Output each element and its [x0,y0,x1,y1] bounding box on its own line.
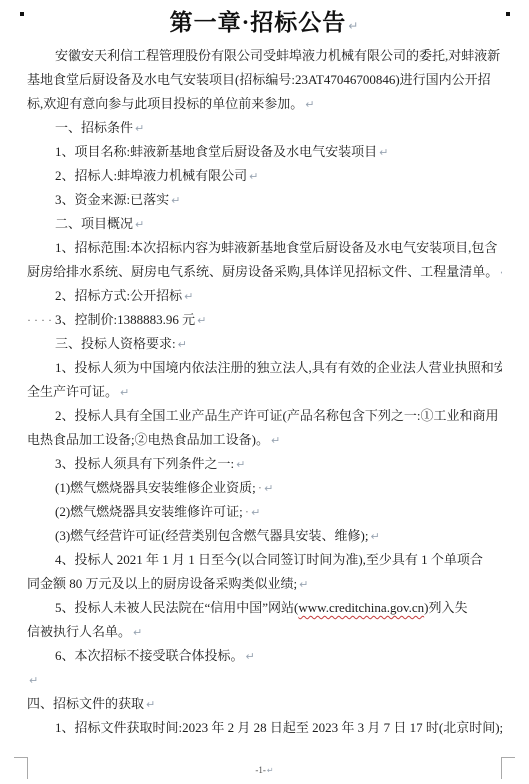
top-right-margin-mark [506,12,510,16]
doc-line: 厨房给排水系统、厨房电气系统、厨房设备采购,具体详见招标文件、工程量清单。↵ [27,260,502,284]
doc-line: 1、招标文件获取时间:2023 年 2 月 28 日起至 2023 年 3 月 … [27,716,502,740]
doc-line: 5、投标人未被人民法院在“信用中国”网站(www.creditchina.gov… [27,596,502,620]
doc-line: 3、投标人须具有下列条件之一:↵ [27,452,502,476]
paragraph-mark: ↵ [29,674,38,687]
document-content: 第一章·招标公告↵ 安徽安天利信工程管理股份有限公司受蚌埠液力机械有限公司的委托… [27,6,502,740]
document-page[interactable]: 第一章·招标公告↵ 安徽安天利信工程管理股份有限公司受蚌埠液力机械有限公司的委托… [0,0,529,784]
paragraph-mark: ↵ [133,626,142,639]
paragraph-mark: ↵ [348,19,359,33]
doc-line-text: 二、项目概况 [55,216,133,231]
doc-line-text: 2、招标人:蚌埠液力机械有限公司 [55,168,247,183]
paragraph-mark: ↵ [271,434,280,447]
paragraph-mark: ↵ [305,98,314,111]
doc-line-text: 电热食品加工设备;②电热食品加工设备)。 [27,432,269,447]
doc-line: 基地食堂后厨设备及水电气安装项目(招标编号:23AT47046700846)进行… [27,68,502,92]
paragraph-mark: ↵ [171,194,180,207]
page-footer: -1-↵ [0,764,529,777]
paragraph-mark: ↵ [120,386,129,399]
creditchina-url: www.creditchina.gov.cn [298,600,424,615]
doc-line: 标,欢迎有意向参与此项目投标的单位前来参加。↵ [27,92,502,116]
doc-line: 2、投标人具有全国工业产品生产许可证(产品名称包含下列之一:①工业和商用 [27,404,502,428]
doc-line: 4、投标人 2021 年 1 月 1 日至今(以合同签订时间为准),至少具有 1… [27,548,502,572]
paragraph-mark: ↵ [299,578,308,591]
doc-line: ····3、控制价:1388883.96 元↵ [27,308,502,332]
doc-line-text: )列入失 [424,600,467,615]
doc-line: (3)燃气经营许可证(经营类别包含燃气器具安装、维修);↵ [27,524,502,548]
doc-line-text: 四、招标文件的获取 [27,696,144,711]
doc-line-text: 三、投标人资格要求: [55,336,176,351]
doc-line: 一、招标条件↵ [27,116,502,140]
doc-line-text: (2)燃气燃烧器具安装维修许可证; [55,504,243,519]
paragraph-mark: ↵ [197,314,206,327]
doc-line: 三、投标人资格要求:↵ [27,332,502,356]
doc-line-text: 5、投标人未被人民法院在“信用中国”网站( [55,600,298,615]
paragraph-mark: ↵ [267,766,274,775]
paragraph-mark: ↵ [500,266,502,279]
doc-line-text: 1、投标人须为中国境内依法注册的独立法人,具有有效的企业法人营业执照和安 [55,360,502,375]
doc-line-text: 信被执行人名单。 [27,624,131,639]
doc-line-text: (3)燃气经营许可证(经营类别包含燃气器具安装、维修); [55,528,368,543]
space-mark: · [245,504,249,519]
doc-line-text: 1、招标范围:本次招标内容为蚌液新基地食堂后厨设备及水电气安装项目,包含 [55,240,497,255]
paragraph-mark: ↵ [370,530,379,543]
doc-line-text: 标,欢迎有意向参与此项目投标的单位前来参加。 [27,96,303,111]
space-marks: ···· [27,308,55,332]
doc-line-text: 4、投标人 2021 年 1 月 1 日至今(以合同签订时间为准),至少具有 1… [55,552,483,567]
paragraph-mark: ↵ [251,506,260,519]
paragraph-mark: ↵ [246,650,255,663]
doc-line: 信被执行人名单。↵ [27,620,502,644]
doc-line: 全生产许可证。↵ [27,380,502,404]
doc-line-text: 1、招标文件获取时间:2023 年 2 月 28 日起至 2023 年 3 月 … [55,720,502,735]
doc-line: 2、招标人:蚌埠液力机械有限公司↵ [27,164,502,188]
doc-line-text: (1)燃气燃烧器具安装维修企业资质; [55,480,256,495]
doc-line-text: 厨房给排水系统、厨房电气系统、厨房设备采购,具体详见招标文件、工程量清单。 [27,264,498,279]
doc-line-text: 全生产许可证。 [27,384,118,399]
doc-line-text: 安徽安天利信工程管理股份有限公司受蚌埠液力机械有限公司的委托,对蚌液新 [55,48,500,63]
document-body: 安徽安天利信工程管理股份有限公司受蚌埠液力机械有限公司的委托,对蚌液新基地食堂后… [27,44,502,740]
doc-line: 3、资金来源:已落实↵ [27,188,502,212]
page-title: 第一章·招标公告↵ [27,6,502,44]
page-number: -1- [255,765,266,775]
doc-line: 电热食品加工设备;②电热食品加工设备)。↵ [27,428,502,452]
doc-line: 1、投标人须为中国境内依法注册的独立法人,具有有效的企业法人营业执照和安 [27,356,502,380]
doc-line: 二、项目概况↵ [27,212,502,236]
doc-line: 2、招标方式:公开招标↵ [27,284,502,308]
doc-line: 同金额 80 万元及以上的厨房设备采购类似业绩;↵ [27,572,502,596]
paragraph-mark: ↵ [249,170,258,183]
page-title-text: 第一章·招标公告 [170,10,347,35]
paragraph-mark: ↵ [236,458,245,471]
doc-line-text: 3、资金来源:已落实 [55,192,169,207]
doc-line: (2)燃气燃烧器具安装维修许可证;·↵ [27,500,502,524]
paragraph-mark: ↵ [135,122,144,135]
paragraph-mark: ↵ [379,146,388,159]
paragraph-mark: ↵ [135,218,144,231]
doc-line-text: 3、控制价:1388883.96 元 [55,312,195,327]
doc-line: (1)燃气燃烧器具安装维修企业资质;·↵ [27,476,502,500]
doc-line: 1、项目名称:蚌液新基地食堂后厨设备及水电气安装项目↵ [27,140,502,164]
doc-line-text: 2、投标人具有全国工业产品生产许可证(产品名称包含下列之一:①工业和商用 [55,408,498,423]
doc-line: 安徽安天利信工程管理股份有限公司受蚌埠液力机械有限公司的委托,对蚌液新 [27,44,502,68]
doc-line-text: 一、招标条件 [55,120,133,135]
paragraph-mark: ↵ [146,698,155,711]
doc-line-text: 1、项目名称:蚌液新基地食堂后厨设备及水电气安装项目 [55,144,377,159]
doc-line: 6、本次招标不接受联合体投标。↵ [27,644,502,668]
doc-line-text: 同金额 80 万元及以上的厨房设备采购类似业绩; [27,576,297,591]
doc-line: ↵ [27,668,502,692]
paragraph-mark: ↵ [184,290,193,303]
doc-line: 四、招标文件的获取↵ [27,692,502,716]
doc-line: 1、招标范围:本次招标内容为蚌液新基地食堂后厨设备及水电气安装项目,包含 [27,236,502,260]
space-mark: · [258,480,262,495]
doc-line-text: 3、投标人须具有下列条件之一: [55,456,234,471]
top-left-margin-mark [20,12,24,16]
doc-line-text: 2、招标方式:公开招标 [55,288,182,303]
paragraph-mark: ↵ [178,338,187,351]
doc-line-text: 基地食堂后厨设备及水电气安装项目(招标编号:23AT47046700846)进行… [27,72,491,87]
doc-line-text: 6、本次招标不接受联合体投标。 [55,648,244,663]
paragraph-mark: ↵ [264,482,273,495]
